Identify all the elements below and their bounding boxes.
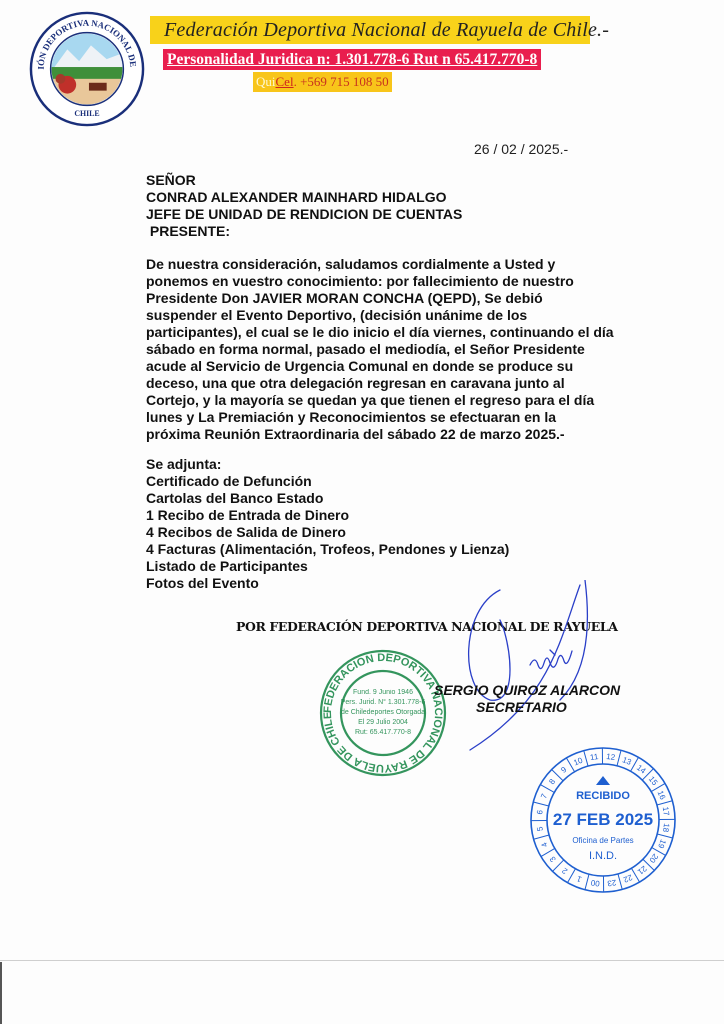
attachment-item: 4 Facturas (Alimentación, Trofeos, Pendo…	[146, 541, 509, 558]
body-line: De nuestra consideración, saludamos cord…	[146, 256, 616, 273]
svg-text:7: 7	[539, 792, 549, 800]
body-line: próxima Reunión Extraordinaria del sábad…	[146, 426, 616, 443]
signer-role: SECRETARIO	[476, 699, 567, 715]
svg-text:CHILE: CHILE	[74, 109, 99, 118]
svg-text:de Chiledeportes Otorgada: de Chiledeportes Otorgada	[341, 709, 425, 716]
svg-text:Fund. 9 Junio 1946: Fund. 9 Junio 1946	[353, 689, 413, 696]
attachment-item: Certificado de Defunción	[146, 473, 509, 490]
letterhead-phone: QuiCel. +569 715 108 50	[253, 72, 392, 92]
svg-text:15: 15	[647, 775, 660, 788]
svg-text:22: 22	[621, 873, 633, 885]
svg-text:23: 23	[606, 878, 617, 888]
attachments-heading: Se adjunta:	[146, 456, 509, 473]
body-line: lunes y La Premiación y Reconocimientos …	[146, 409, 616, 426]
svg-text:16: 16	[656, 789, 668, 801]
organization-stamp: FEDERACION DEPORTIVA NACIONAL DE RAYUELA…	[318, 648, 448, 778]
phone-prefix: Qui	[256, 74, 276, 89]
svg-text:20: 20	[647, 852, 660, 865]
phone-number: . +569 715 108 50	[294, 74, 389, 89]
svg-text:27 FEB 2025: 27 FEB 2025	[553, 810, 653, 829]
attachment-item: 4 Recibos de Salida de Dinero	[146, 524, 509, 541]
attachment-item: Listado de Participantes	[146, 558, 509, 575]
svg-text:8: 8	[547, 777, 557, 786]
svg-text:4: 4	[539, 841, 549, 849]
svg-text:12: 12	[606, 752, 616, 762]
signer-name: SERGIO QUIROZ ALARCON	[434, 682, 620, 698]
body-line: participantes), el cual se le dio inicio…	[146, 324, 616, 341]
svg-text:17: 17	[661, 806, 671, 817]
recipient-position: JEFE DE UNIDAD DE RENDICION DE CUENTAS	[146, 206, 462, 223]
letterhead-title: Federación Deportiva Nacional de Rayuela…	[150, 16, 590, 44]
handwritten-signature	[440, 580, 610, 760]
svg-text:13: 13	[621, 755, 633, 767]
svg-text:5: 5	[535, 825, 545, 831]
body-line: suspender el Evento Deportivo, (decisión…	[146, 307, 616, 324]
svg-text:El 29 Julio 2004: El 29 Julio 2004	[358, 719, 408, 726]
svg-text:9: 9	[559, 765, 568, 775]
body-line: deceso, una que otra delegación regresan…	[146, 375, 616, 392]
svg-text:19: 19	[656, 838, 668, 850]
svg-text:Pers. Jurid. N° 1.301.778-6: Pers. Jurid. N° 1.301.778-6	[341, 698, 426, 706]
svg-text:Rut: 65.417.770-8: Rut: 65.417.770-8	[355, 729, 411, 736]
body-line: sábado en forma normal, pasado el mediod…	[146, 341, 616, 358]
svg-text:6: 6	[535, 809, 545, 815]
letterhead-legal-line: Personalidad Juridica n: 1.301.778-6 Rut…	[163, 49, 541, 70]
attachment-item: Cartolas del Banco Estado	[146, 490, 509, 507]
letter-body: De nuestra consideración, saludamos cord…	[146, 256, 616, 443]
scan-left-edge	[0, 962, 2, 1024]
phone-label: Cel	[276, 74, 294, 89]
federation-logo: FEDERACIÓN DEPORTIVA NACIONAL DE RAYUELA…	[28, 10, 146, 128]
svg-text:21: 21	[635, 864, 648, 877]
received-stamp: 123456789101112131415161718192021222300 …	[528, 745, 678, 895]
scan-page-edge	[0, 960, 724, 961]
recipient-salutation: SEÑOR	[146, 172, 462, 189]
letter-date: 26 / 02 / 2025.-	[474, 141, 568, 157]
svg-text:00: 00	[590, 878, 600, 888]
body-line: acude al Servicio de Urgencia Comunal en…	[146, 358, 616, 375]
recipient-presente: PRESENTE:	[146, 223, 462, 240]
svg-text:Oficina de Partes: Oficina de Partes	[572, 836, 633, 845]
svg-text:3: 3	[548, 854, 558, 863]
svg-text:11: 11	[589, 752, 599, 762]
attachment-item: 1 Recibo de Entrada de Dinero	[146, 507, 509, 524]
body-line: Cortejo, y la mayoría se quedan ya que t…	[146, 392, 616, 409]
svg-text:10: 10	[572, 755, 584, 767]
svg-text:RECIBIDO: RECIBIDO	[576, 790, 630, 802]
recipient-block: SEÑOR CONRAD ALEXANDER MAINHARD HIDALGO …	[146, 172, 462, 240]
svg-text:18: 18	[661, 823, 671, 833]
svg-text:14: 14	[635, 763, 648, 776]
body-line: Presidente Don JAVIER MORAN CONCHA (QEPD…	[146, 290, 616, 307]
body-line: ponemos en vuestro conocimiento: por fal…	[146, 273, 616, 290]
attachments-list: Se adjunta: Certificado de Defunción Car…	[146, 456, 509, 592]
svg-text:1: 1	[575, 874, 583, 884]
svg-text:2: 2	[560, 865, 569, 875]
recipient-name: CONRAD ALEXANDER MAINHARD HIDALGO	[146, 189, 462, 206]
svg-text:I.N.D.: I.N.D.	[589, 850, 617, 862]
